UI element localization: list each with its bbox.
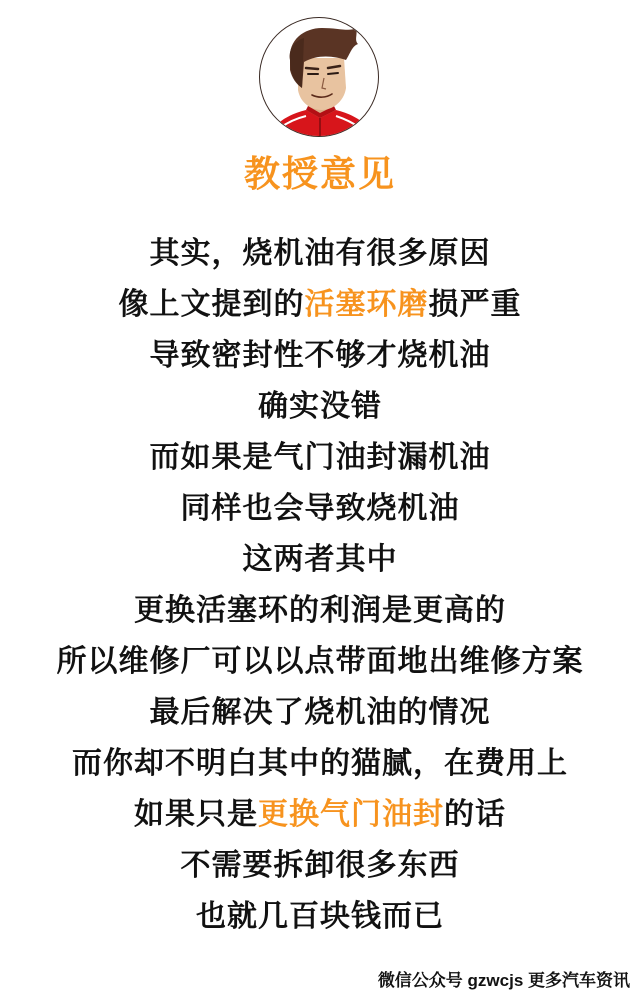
text-line: 而如果是气门油封漏机油 [0,432,640,483]
text-segment: 像上文提到的 [119,287,305,322]
text-segment: 而如果是气门油封漏机油 [150,440,491,475]
text-segment: 导致密封性不够才烧机油 [150,338,491,373]
highlighted-text: 更换气门油封 [258,797,444,832]
text-line: 最后解决了烧机油的情况 [0,687,640,738]
highlighted-text: 活塞环磨 [305,287,429,322]
text-segment: 的话 [444,797,506,832]
text-line: 更换活塞环的利润是更高的 [0,585,640,636]
text-line: 像上文提到的活塞环磨损严重 [0,279,640,330]
text-line: 这两者其中 [0,534,640,585]
text-line: 同样也会导致烧机油 [0,483,640,534]
text-line: 而你却不明白其中的猫腻，在费用上 [0,738,640,789]
text-segment: 最后解决了烧机油的情况 [150,695,491,730]
text-segment: 更换活塞环的利润是更高的 [134,593,506,628]
text-line: 如果只是更换气门油封的话 [0,789,640,840]
footer-wechat-promo: 微信公众号 gzwcjs 更多汽车资讯 [378,966,630,991]
text-segment: 其实，烧机油有很多原因 [150,236,491,271]
text-segment: 也就几百块钱而已 [196,899,444,934]
cartoon-professor-avatar-icon [260,18,379,137]
text-segment: 同样也会导致烧机油 [181,491,460,526]
text-segment: 所以维修厂可以以点带面地出维修方案 [57,644,584,679]
professor-avatar [259,17,379,137]
text-line: 导致密封性不够才烧机油 [0,330,640,381]
text-line: 也就几百块钱而已 [0,891,640,942]
text-segment: 而你却不明白其中的猫腻，在费用上 [72,746,568,781]
text-segment: 确实没错 [258,389,382,424]
text-segment: 这两者其中 [243,542,398,577]
text-segment: 损严重 [429,287,522,322]
text-line: 不需要拆卸很多东西 [0,840,640,891]
text-line: 确实没错 [0,381,640,432]
article-body: 其实，烧机油有很多原因像上文提到的活塞环磨损严重导致密封性不够才烧机油确实没错而… [0,228,640,942]
section-title: 教授意见 [0,150,640,200]
text-line: 所以维修厂可以以点带面地出维修方案 [0,636,640,687]
text-line: 其实，烧机油有很多原因 [0,228,640,279]
text-segment: 如果只是 [134,797,258,832]
text-segment: 不需要拆卸很多东西 [181,848,460,883]
